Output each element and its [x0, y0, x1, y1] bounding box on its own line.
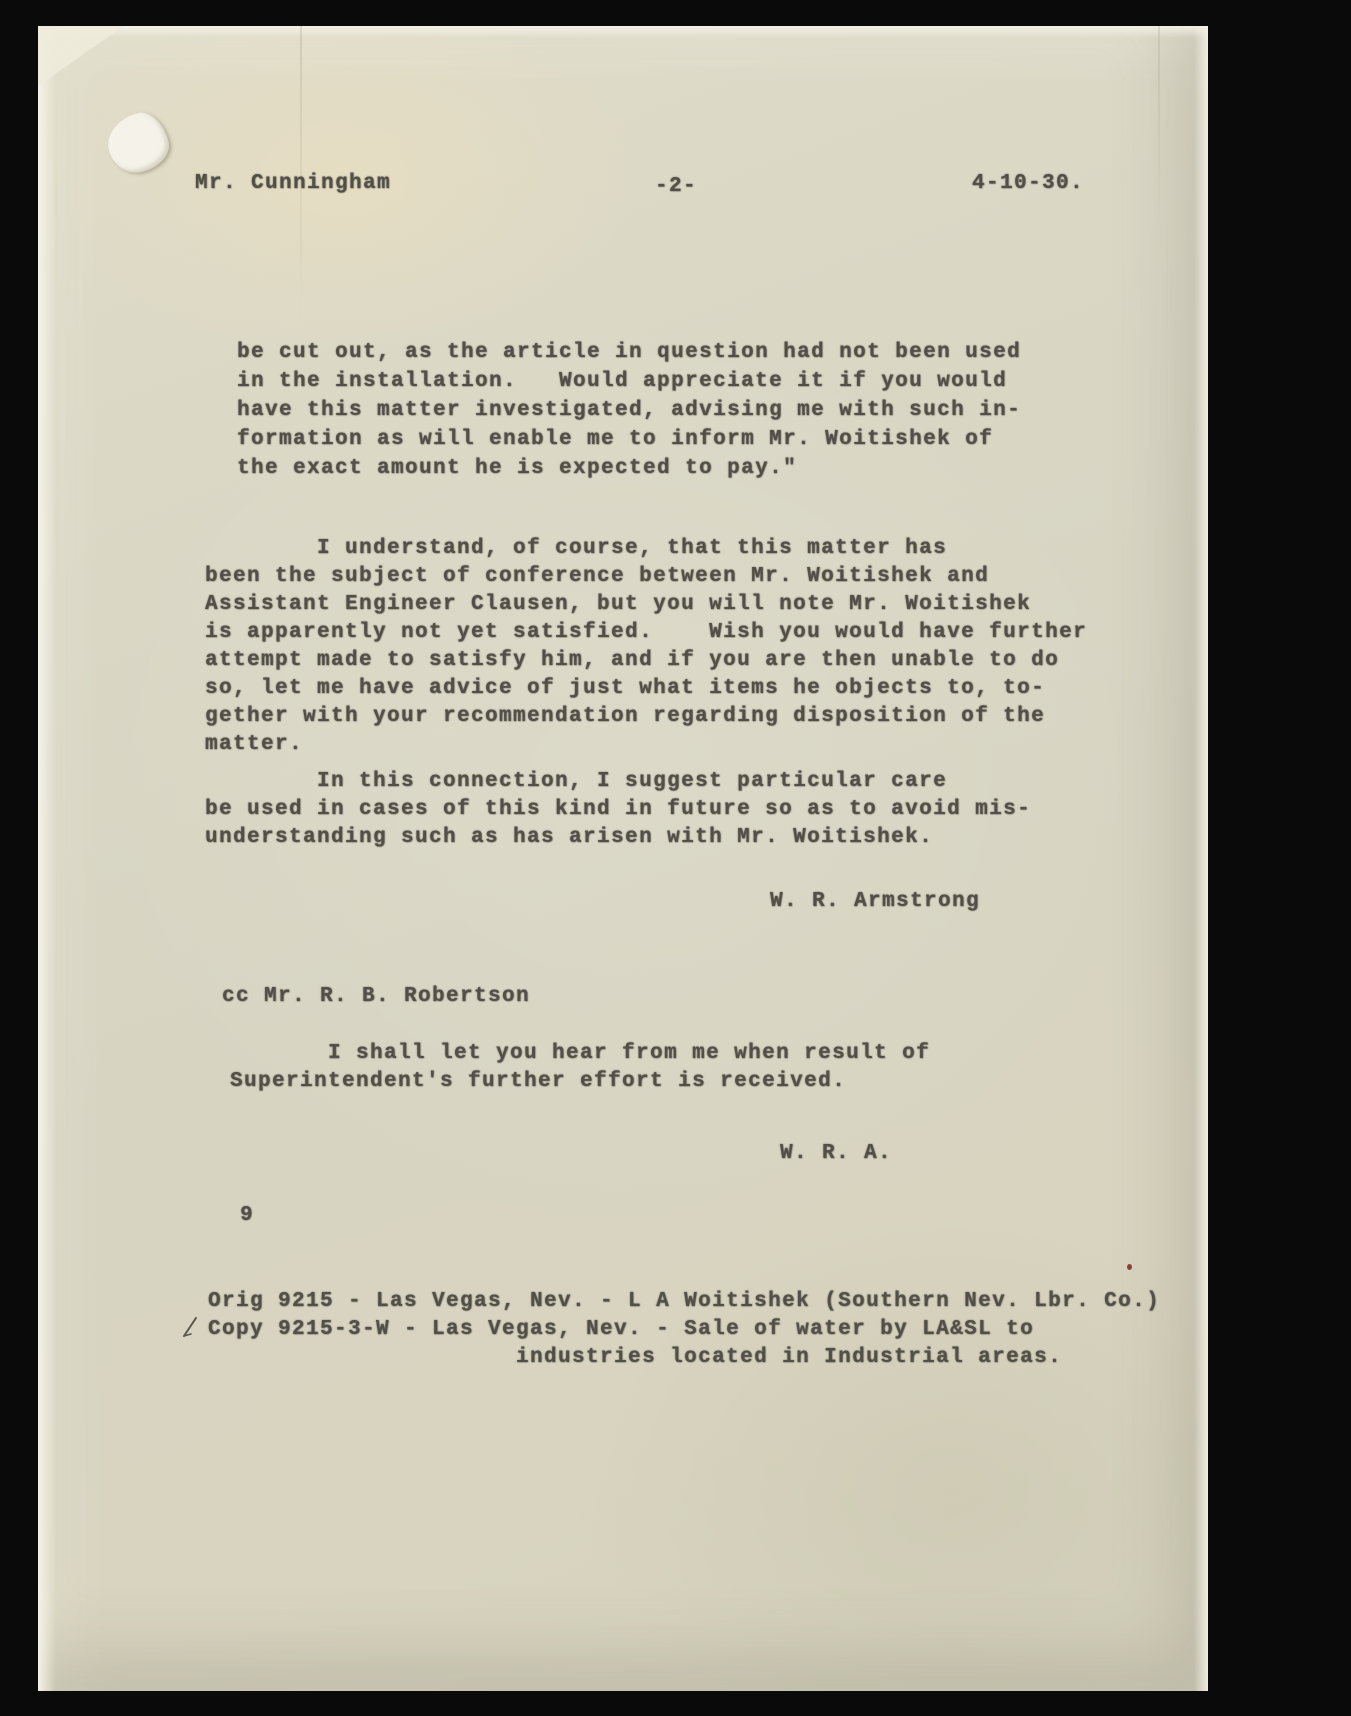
cc-line: cc Mr. R. B. Robertson: [222, 983, 530, 1011]
scan-background: { "colors": { "background": "#0a0a0a", "…: [0, 0, 1351, 1716]
header-page-number: -2-: [655, 173, 697, 201]
paper-edge-highlight-top: [38, 26, 1208, 38]
paper-corner-backing: [38, 26, 124, 86]
paragraph-caution: In this connection, I suggest particular…: [205, 768, 1031, 852]
paper-edge-highlight-left: [38, 26, 56, 1691]
letter-page: Mr. Cunningham -2- 4-10-30. be cut out, …: [38, 26, 1208, 1691]
paper-edge-highlight-right: [1194, 26, 1208, 1691]
paragraph-conference: I understand, of course, that this matte…: [205, 535, 1087, 759]
handwritten-check-mark: [182, 1314, 202, 1338]
quoted-excerpt-paragraph: be cut out, as the article in question h…: [237, 338, 1021, 483]
page-number-mark: 9: [240, 1202, 254, 1230]
ink-spot: [1127, 1264, 1132, 1270]
signature-line: W. R. Armstrong: [770, 888, 980, 916]
filing-notes: Orig 9215 - Las Vegas, Nev. - L A Woitis…: [208, 1288, 1160, 1372]
paper-crease: [1158, 26, 1160, 236]
initials-line: W. R. A.: [780, 1140, 892, 1168]
header-date: 4-10-30.: [972, 170, 1084, 198]
torn-paper-patch: [102, 108, 174, 179]
followup-note: I shall let you hear from me when result…: [230, 1040, 930, 1096]
header-addressee: Mr. Cunningham: [195, 170, 391, 198]
